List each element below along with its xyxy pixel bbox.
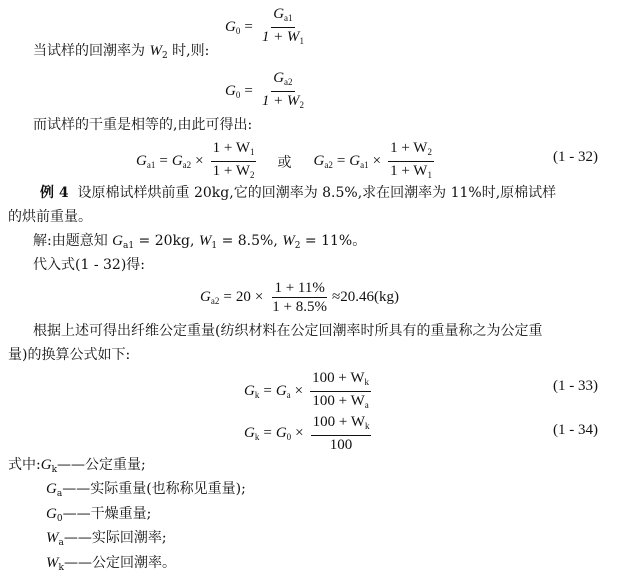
equation-example-calc: Ga2 = 20 × 1 + 11% 1 + 8.5% ≈20.46(kg) [200, 280, 399, 315]
equation-number-1-33: (1 - 33) [553, 378, 598, 395]
or-label: 或 [277, 152, 291, 172]
substitute-line: 代入式(1 - 32)得: [33, 256, 145, 274]
paragraph-when-w2: 当试样的回潮率为 W2 时,则: [33, 42, 209, 65]
equation-1-33: Gk = Ga × 100 + Wk 100 + Wa [244, 370, 374, 413]
paragraph-dry-equal: 而试样的干重是相等的,由此可得出: [33, 116, 252, 134]
standard-weight-line-1: 根据上述可得出纤维公定重量(纺织材料在公定回潮率时所具有的重量称之为公定重 [33, 322, 542, 340]
standard-weight-line-2: 量)的换算公式如下: [8, 346, 130, 364]
equation-g0-w1: G0 = Ga1 1 + W1 [225, 6, 309, 49]
definition-ga: Ga——实际重量(也称称见重量); [46, 480, 246, 503]
symbol-g0: G0 [225, 19, 240, 36]
equation-number-1-32: (1 - 32) [553, 149, 598, 166]
equals-sign: = [244, 19, 252, 36]
equation-1-32: Ga1 = Ga2 × 1 + W1 1 + W2 或 Ga2 = Ga1 × … [136, 140, 437, 183]
fraction: Ga1 1 + W1 [260, 6, 306, 49]
definition-wa: Wa——实际回潮率; [46, 529, 167, 552]
example-4-line-1: 例 4 设原棉试样烘前重 20kg,它的回潮率为 8.5%,求在回潮率为 11%… [40, 184, 556, 202]
equation-number-1-34: (1 - 34) [553, 422, 598, 439]
example-4-line-2: 的烘前重量。 [8, 208, 92, 226]
definition-g0: G0——干燥重量; [46, 505, 151, 528]
example-label: 例 4 [40, 185, 69, 201]
where-label: 式中: [8, 457, 41, 473]
equation-g0-w2: G0 = Ga2 1 + W2 [225, 70, 309, 113]
definition-gk: 式中:Gk——公定重量; [8, 456, 146, 479]
solution-line: 解:由题意知 Ga1 = 20kg, W1 = 8.5%, W2 = 11%。 [33, 232, 366, 255]
definition-wk: Wk——公定回潮率。 [46, 554, 176, 577]
equation-1-34: Gk = G0 × 100 + Wk 100 [244, 414, 374, 453]
